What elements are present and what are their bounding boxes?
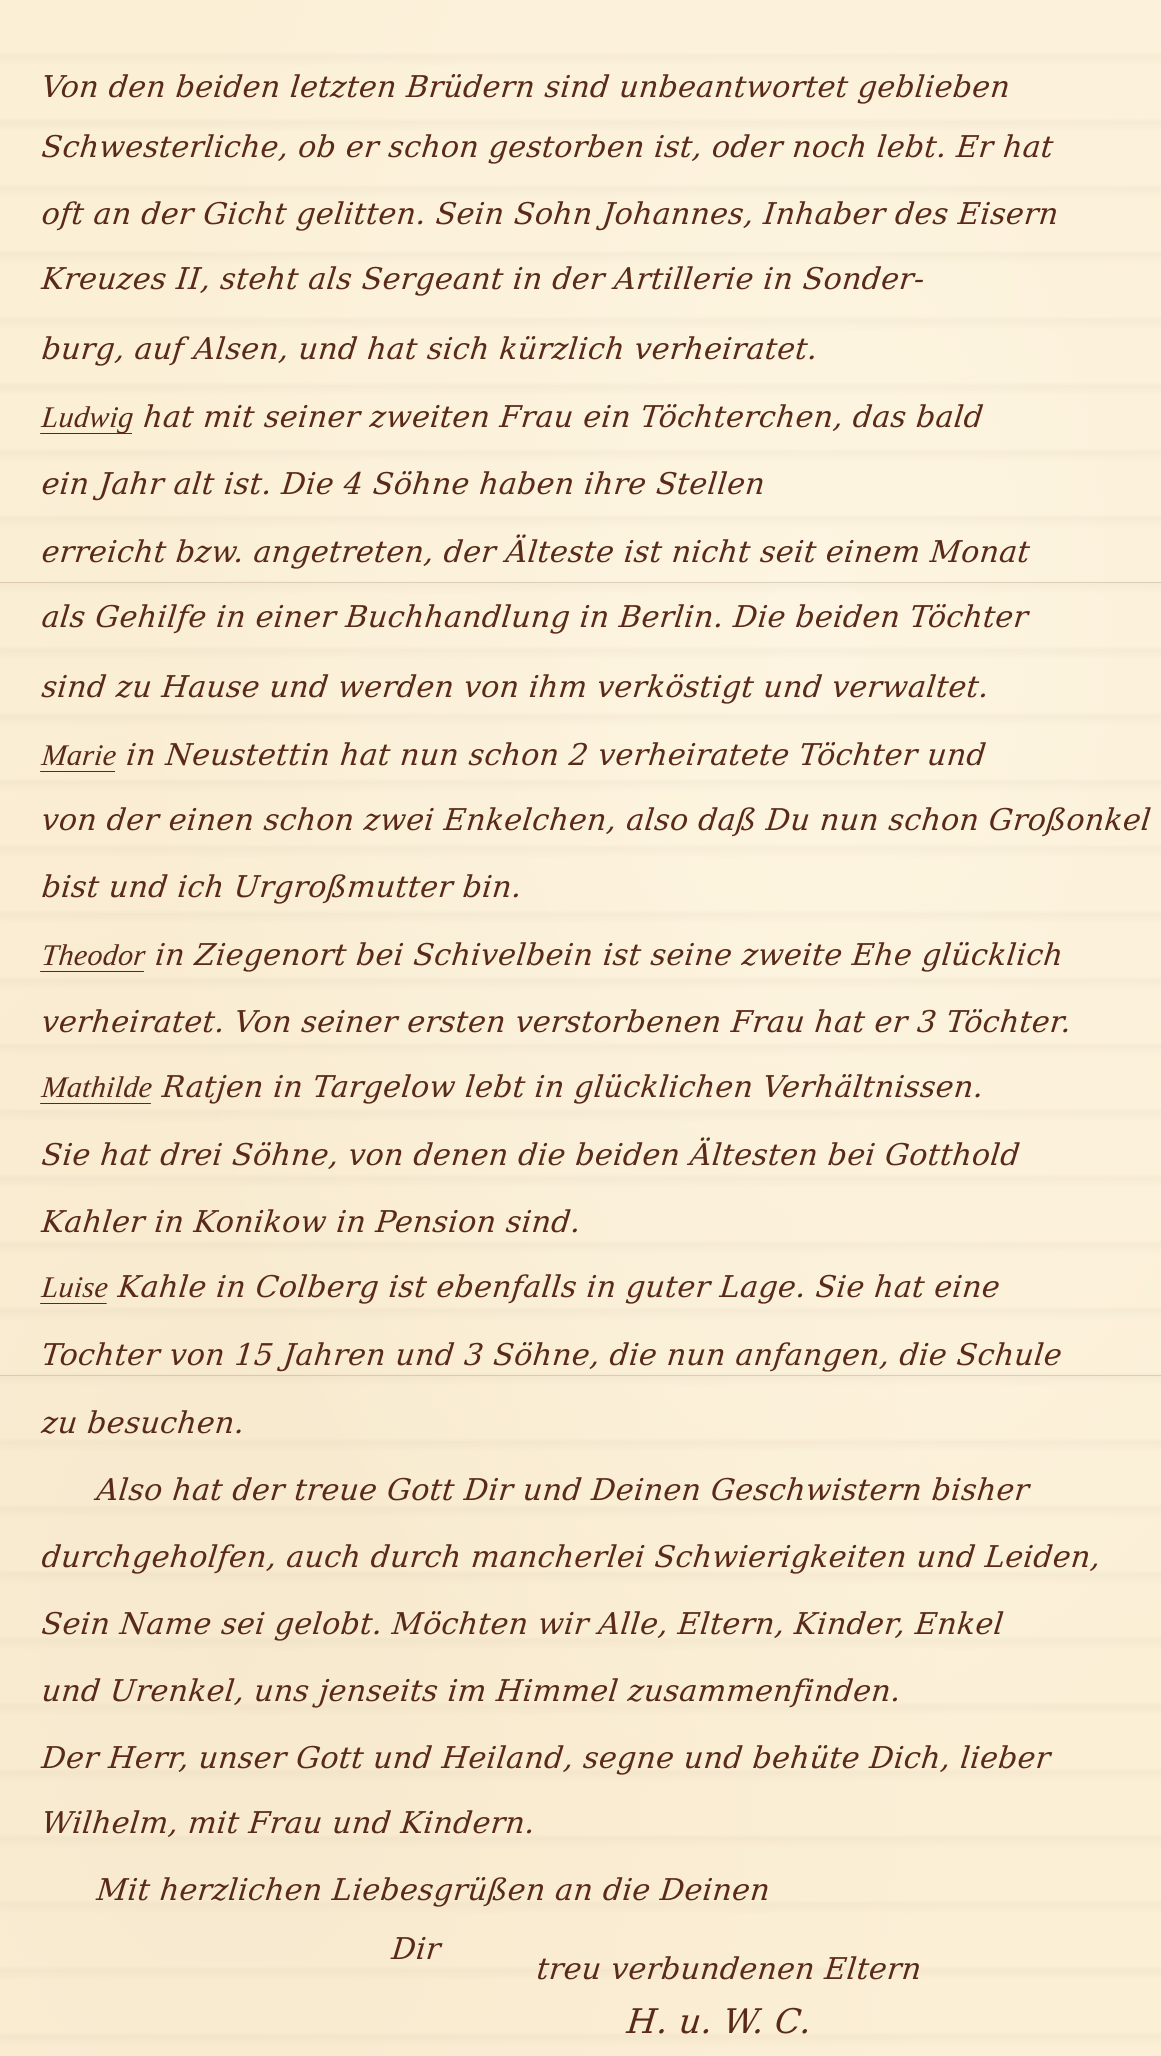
letter-line: Kreuzes II, steht als Sergeant in der Ar…	[40, 262, 926, 297]
letter-line: Also hat der treue Gott Dir und Deinen G…	[95, 1473, 1031, 1508]
letter-line: von der einen schon zwei Enkelchen, also…	[40, 803, 1153, 838]
letter-line: burg, auf Alsen, und hat sich kürzlich v…	[40, 332, 819, 367]
letter-line: bist und ich Urgroßmutter bin.	[40, 870, 524, 905]
letter-line: Ludwig hat mit seiner zweiten Frau ein T…	[40, 400, 985, 435]
person-name: Theodor	[40, 939, 147, 972]
letter-line: Kahler in Konikow in Pension sind.	[40, 1205, 583, 1240]
letter-line: ein Jahr alt ist. Die 4 Söhne haben ihre…	[40, 467, 767, 502]
person-name: Marie	[40, 739, 118, 772]
letter-line: Luise Kahle in Colberg ist ebenfalls in …	[40, 1270, 1002, 1305]
fold-line	[0, 582, 1161, 583]
letter-line: Von den beiden letzten Brüdern sind unbe…	[40, 70, 1012, 105]
letter-line: durchgeholfen, auch durch mancherlei Sch…	[40, 1540, 1102, 1575]
closing-sender: treu verbundenen Eltern	[535, 1952, 923, 1987]
closing-recipient: Dir	[390, 1932, 443, 1967]
letter-line: Wilhelm, mit Frau und Kindern.	[40, 1806, 537, 1841]
letter-line: Theodor in Ziegenort bei Schivelbein ist…	[40, 938, 1065, 973]
letter-line: Der Herr, unser Gott und Heiland, segne …	[40, 1741, 1052, 1776]
letter-line: Mathilde Ratjen in Targelow lebt in glüc…	[40, 1070, 985, 1105]
signature: H. u. W. C.	[625, 2002, 814, 2042]
letter-line: verheiratet. Von seiner ersten verstorbe…	[40, 1005, 1073, 1040]
fold-line	[0, 1375, 1161, 1376]
letter-line: als Gehilfe in einer Buchhandlung in Ber…	[40, 600, 1030, 635]
letter-line: Schwesterliche, ob er schon gestorben is…	[40, 130, 1055, 165]
letter-line: Tochter von 15 Jahren und 3 Söhne, die n…	[40, 1338, 1064, 1373]
letter-line: und Urenkel, uns jenseits im Himmel zusa…	[40, 1674, 903, 1709]
person-name: Ludwig	[40, 401, 135, 434]
letter-line: zu besuchen.	[40, 1406, 246, 1441]
letter-line: oft an der Gicht gelitten. Sein Sohn Joh…	[40, 197, 1060, 232]
letter-line: Mit herzlichen Liebesgrüßen an die Deine…	[95, 1873, 772, 1908]
person-name: Mathilde	[40, 1071, 154, 1104]
letter-line: erreicht bzw. angetreten, der Älteste is…	[40, 535, 1032, 570]
letter-line: Sein Name sei gelobt. Möchten wir Alle, …	[40, 1607, 1005, 1642]
letter-line: Marie in Neustettin hat nun schon 2 verh…	[40, 738, 988, 773]
letter-line: Sie hat drei Söhne, von denen die beiden…	[40, 1138, 1022, 1173]
letter-line: sind zu Hause und werden von ihm verköst…	[40, 670, 991, 705]
person-name: Luise	[40, 1271, 110, 1304]
